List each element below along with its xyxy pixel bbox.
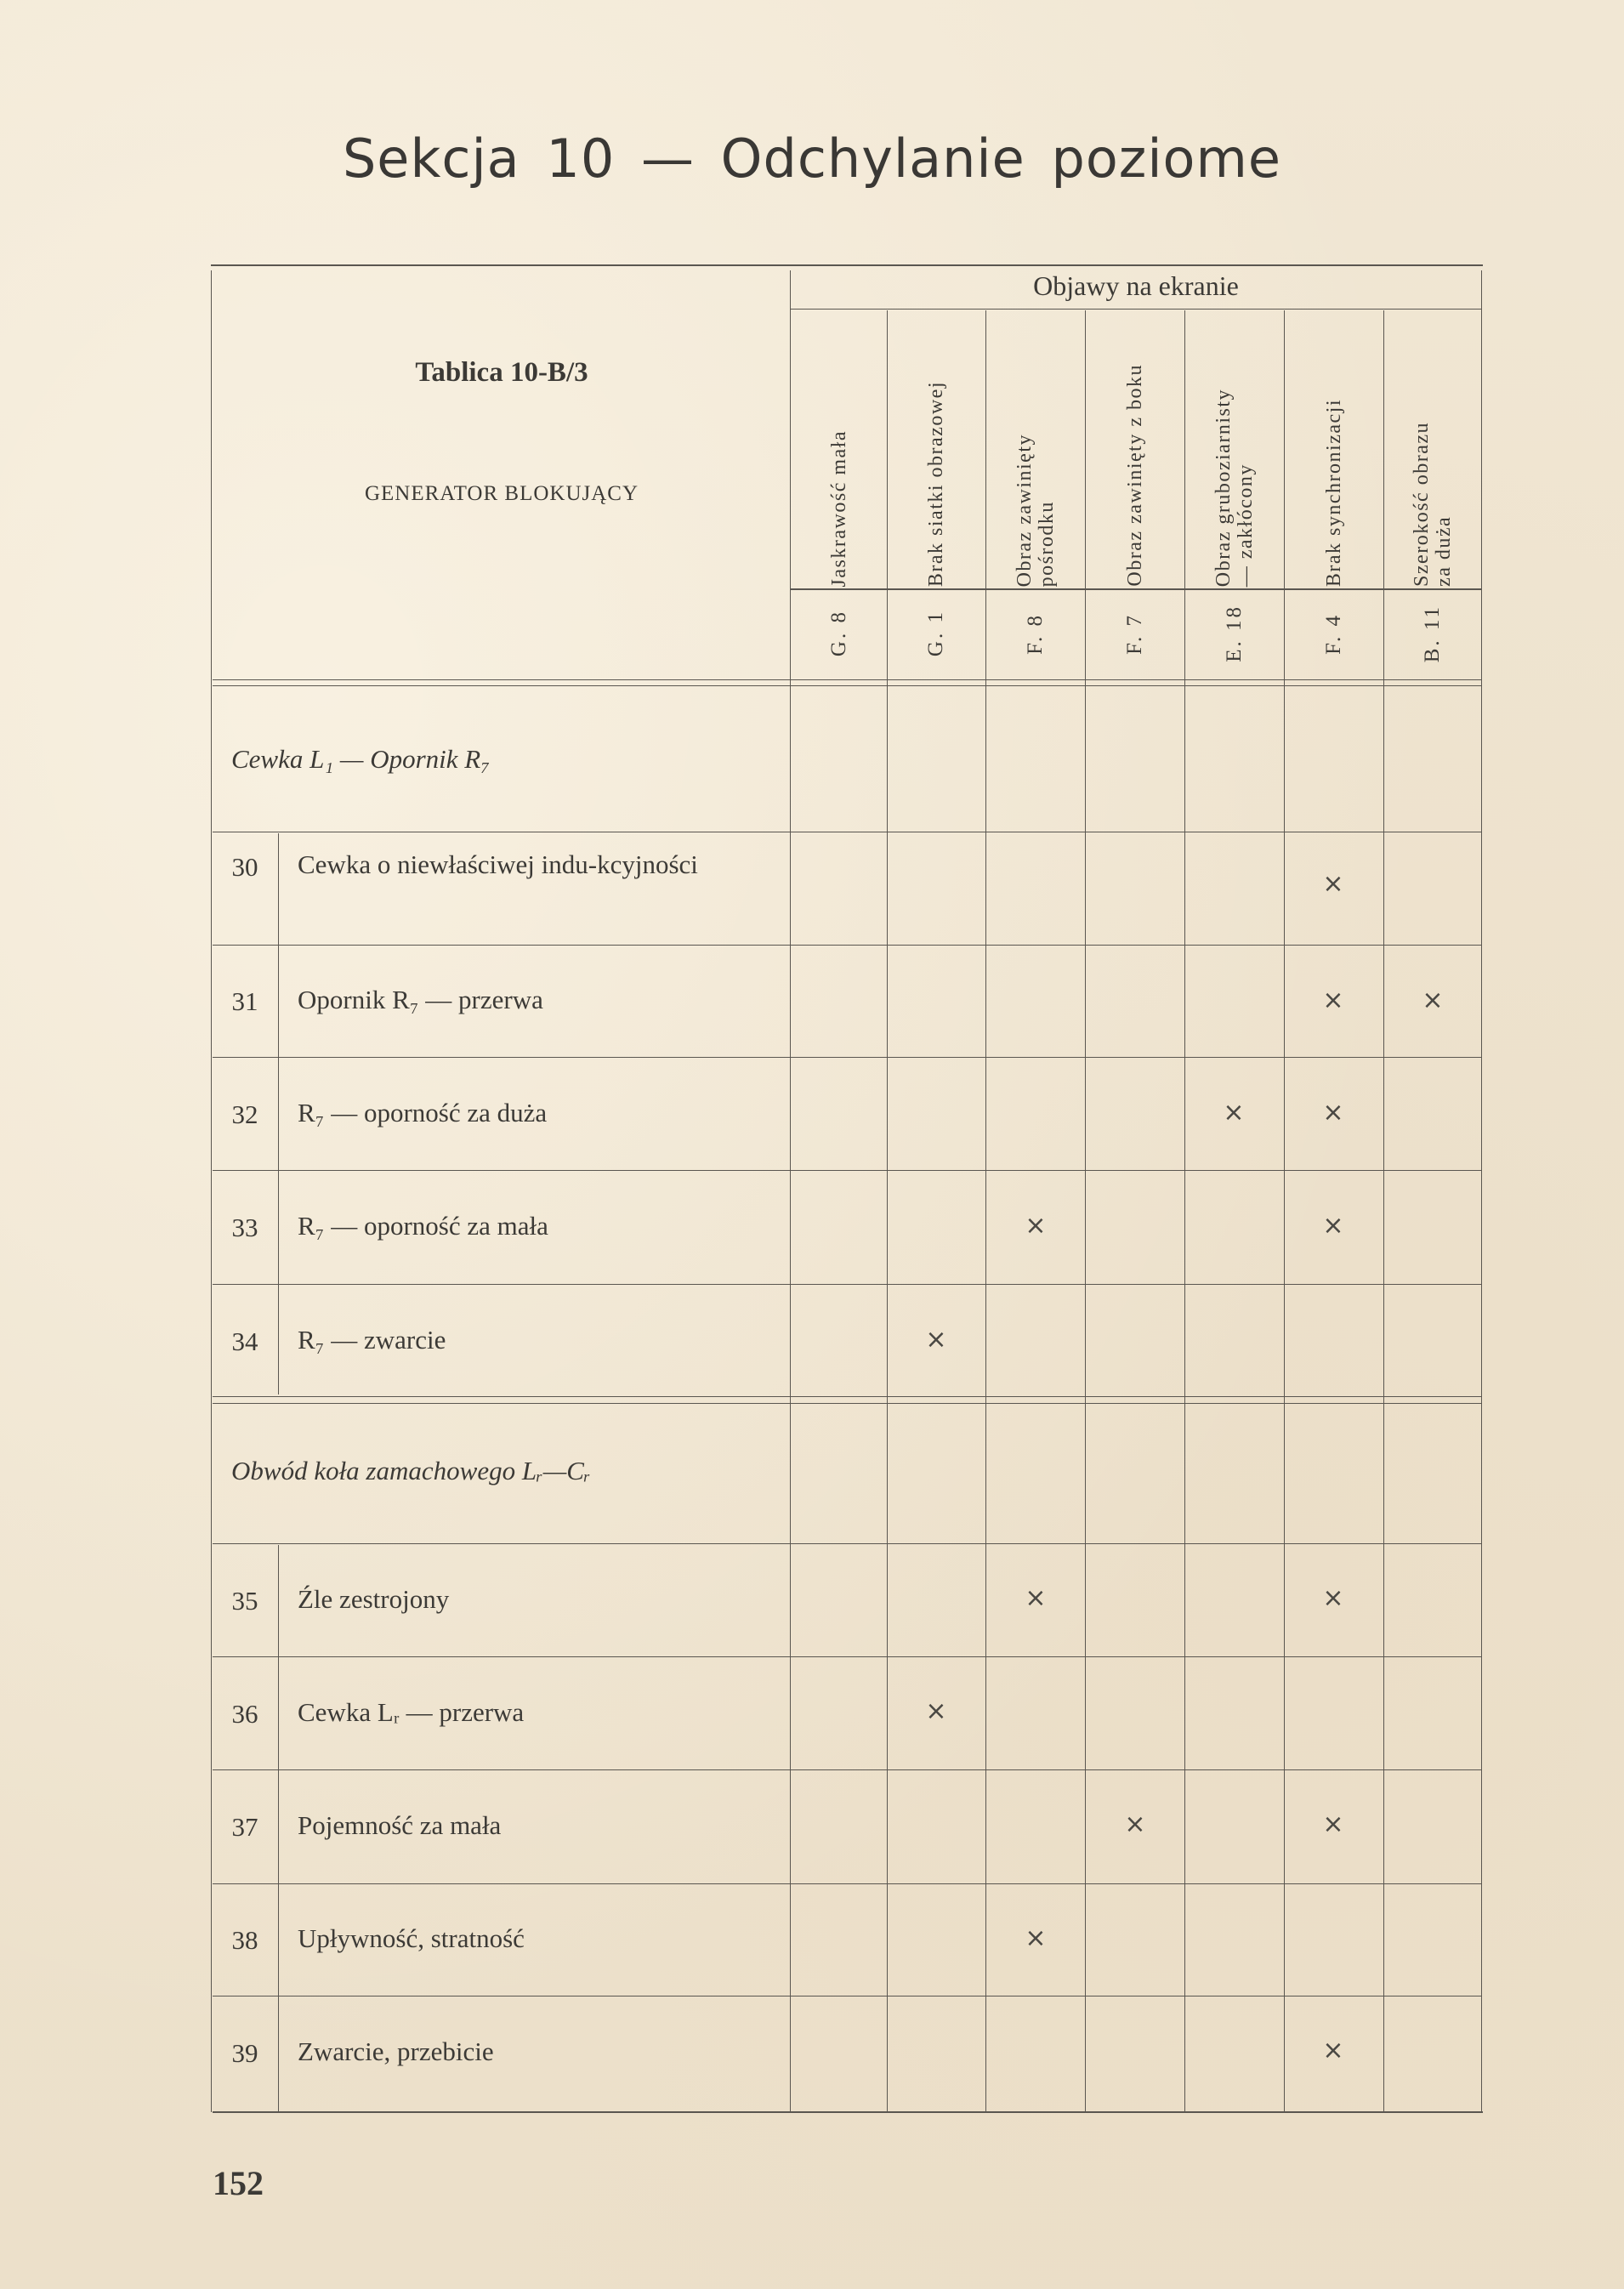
row-description: R₇ — zwarcie (298, 1322, 782, 1358)
row-number: 36 (213, 1699, 277, 1730)
row-number: 38 (213, 1925, 277, 1956)
row-description: Pojemność za mała (298, 1808, 782, 1843)
row-rule (213, 832, 1481, 832)
column-header-szerokosc: Szerokość obrazuza duża (1383, 310, 1481, 587)
page-title: Sekcja 10 — Odchylanie poziome (0, 128, 1624, 190)
row-number-divider (278, 1545, 279, 2111)
row-description: R₇ — oporność za mała (298, 1208, 782, 1244)
x-mark-icon: × (1023, 1926, 1048, 1951)
row-description: Zwarcie, przebicie (298, 2034, 782, 2070)
column-header-brak-siatki: Brak siatki obrazowej (887, 310, 985, 587)
row-description: Opornik R₇ — przerwa (298, 982, 782, 1018)
x-mark-icon: × (923, 1327, 949, 1353)
x-mark-icon: × (1320, 988, 1346, 1014)
row-description: Upływność, stratność (298, 1921, 782, 1957)
table-right-border (1481, 270, 1482, 2112)
row-rule (213, 1170, 1481, 1171)
symptoms-header-rule (791, 309, 1481, 310)
row-number: 39 (213, 2038, 277, 2069)
table-bottom-rule (213, 2111, 1483, 2113)
x-mark-icon: × (1221, 1100, 1246, 1126)
table-top-rule (211, 264, 1483, 266)
row-rule (213, 1996, 1481, 1996)
column-code: F. 7 (1085, 591, 1184, 676)
x-mark-icon: × (1320, 872, 1346, 897)
row-rule (213, 1769, 1481, 1770)
x-mark-icon: × (1023, 1213, 1048, 1239)
x-mark-icon: × (1023, 1586, 1048, 1611)
section-double-rule-1 (213, 1396, 1481, 1397)
column-header-obraz-z-boku: Obraz zawinięty z boku (1085, 310, 1184, 587)
section-double-rule-2 (213, 1403, 1481, 1404)
column-header-synchronizacja: Brak synchronizacji (1284, 310, 1383, 587)
x-mark-icon: × (1122, 1812, 1148, 1837)
row-number: 33 (213, 1213, 277, 1243)
row-rule (213, 1284, 1481, 1285)
header-double-rule-1 (213, 679, 1481, 680)
row-number: 30 (213, 852, 277, 883)
row-rule (213, 945, 1481, 946)
x-mark-icon: × (1320, 1100, 1346, 1126)
row-number: 31 (213, 986, 277, 1017)
column-code: F. 8 (985, 591, 1085, 676)
row-rule (213, 1883, 1481, 1884)
x-mark-icon: × (1320, 2038, 1346, 2064)
row-description: R₇ — oporność za duża (298, 1095, 782, 1131)
column-code: F. 4 (1284, 591, 1383, 676)
column-code: E. 18 (1184, 591, 1284, 676)
row-number: 32 (213, 1099, 277, 1130)
column-code: B. 11 (1383, 591, 1481, 676)
row-number: 35 (213, 1586, 277, 1616)
column-header-obraz-posrodku: Obraz zawiniętypośrodku (985, 310, 1085, 587)
row-description: Cewka o niewłaściwej indu-kcyjności (298, 847, 727, 883)
x-mark-icon: × (923, 1699, 949, 1724)
column-code: G. 1 (887, 591, 985, 676)
row-number: 37 (213, 1812, 277, 1843)
row-description: Źle zestrojony (298, 1582, 782, 1617)
column-header-gruboziarnisty: Obraz gruboziarnisty— zakłócony (1184, 310, 1284, 587)
row-rule (213, 1543, 1481, 1544)
row-rule (213, 1057, 1481, 1058)
row-rule (213, 1656, 1481, 1657)
row-number: 34 (213, 1326, 277, 1357)
table-left-border (211, 270, 212, 2112)
section-title: Cewka L₁ — Opornik R₇ (231, 744, 490, 775)
x-mark-icon: × (1420, 988, 1445, 1014)
x-mark-icon: × (1320, 1586, 1346, 1611)
symptoms-header: Objawy na ekranie (791, 270, 1481, 302)
row-number-divider (278, 833, 279, 1394)
page-number: 152 (213, 2163, 264, 2203)
column-code: G. 8 (791, 591, 887, 676)
column-label-rule (791, 588, 1481, 590)
row-description: Cewka Lᵣ — przerwa (298, 1695, 782, 1730)
column-header-jaskrawosc: Jaskrawość mała (791, 310, 887, 587)
table-subject: GENERATOR BLOKUJĄCY (213, 482, 791, 506)
x-mark-icon: × (1320, 1213, 1346, 1239)
header-double-rule-2 (213, 685, 1481, 686)
section-title: Obwód koła zamachowego Lᵣ—Cᵣ (231, 1456, 591, 1486)
x-mark-icon: × (1320, 1812, 1346, 1837)
table-name: Tablica 10-B/3 (213, 357, 791, 389)
